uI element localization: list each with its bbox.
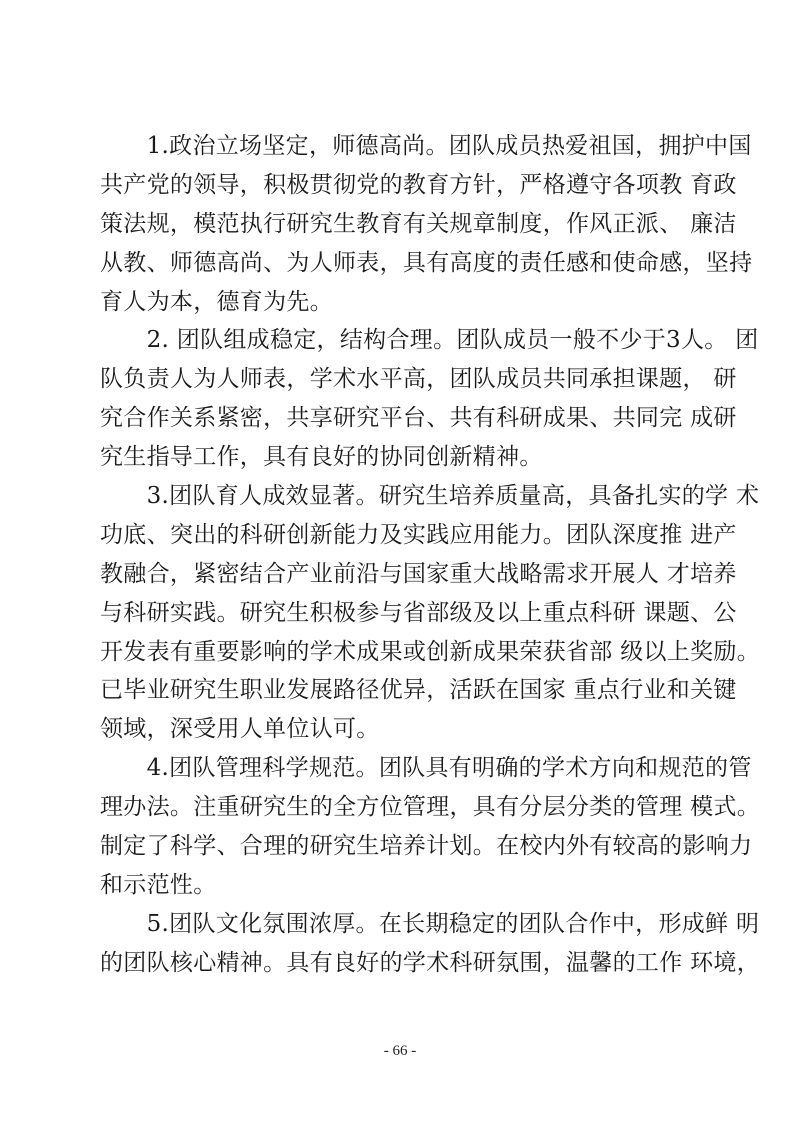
text-line: 教融合，紧密结合产业前沿与国家重大战略需求开展人 才培养	[100, 555, 702, 594]
text-line: 究合作关系紧密，共享研究平台、共有科研成果、共同完 成研	[100, 399, 702, 438]
text-line: 从教、师德高尚、为人师表，具有高度的责任感和使命感，坚持	[100, 244, 702, 283]
paragraph-4: 4.团队管理科学规范。团队具有明确的学术方向和规范的管 理办法。注重研究生的全方…	[100, 749, 702, 905]
text-line: 和示范性。	[100, 866, 702, 905]
text-line: 已毕业研究生职业发展路径优异，活跃在国家 重点行业和关键	[100, 671, 702, 710]
text-line: 1.政治立场坚定，师德高尚。团队成员热爱祖国，拥护中国	[100, 127, 702, 166]
text-line: 与科研实践。研究生积极参与省部级及以上重点科研 课题、公	[100, 594, 702, 633]
text-line: 功底、突出的科研创新能力及实践应用能力。团队深度推 进产	[100, 516, 702, 555]
body-text: 1.政治立场坚定，师德高尚。团队成员热爱祖国，拥护中国 共产党的领导，积极贯彻党…	[100, 127, 702, 983]
text-line: 领域，深受用人单位认可。	[100, 710, 702, 749]
text-line: 3.团队育人成效显著。研究生培养质量高，具备扎实的学 术	[100, 477, 702, 516]
text-line: 共产党的领导，积极贯彻党的教育方针，严格遵守各项教 育政	[100, 166, 702, 205]
text-line: 育人为本，德育为先。	[100, 283, 702, 322]
text-line: 开发表有重要影响的学术成果或创新成果荣获省部 级以上奖励。	[100, 633, 702, 672]
document-page: 1.政治立场坚定，师德高尚。团队成员热爱祖国，拥护中国 共产党的领导，积极贯彻党…	[0, 0, 800, 1131]
text-line: 队负责人为人师表，学术水平高，团队成员共同承担课题， 研	[100, 360, 702, 399]
paragraph-2: 2. 团队组成稳定，结构合理。团队成员一般不少于3人。 团 队负责人为人师表，学…	[100, 321, 702, 477]
text-line: 4.团队管理科学规范。团队具有明确的学术方向和规范的管	[100, 749, 702, 788]
page-number: - 66 -	[0, 1043, 800, 1060]
text-line: 5.团队文化氛围浓厚。在长期稳定的团队合作中，形成鲜 明	[100, 905, 702, 944]
text-line: 究生指导工作，具有良好的协同创新精神。	[100, 438, 702, 477]
text-line: 的团队核心精神。具有良好的学术科研氛围，温馨的工作 环境，	[100, 944, 702, 983]
text-line: 理办法。注重研究生的全方位管理，具有分层分类的管理 模式。	[100, 788, 702, 827]
text-line: 2. 团队组成稳定，结构合理。团队成员一般不少于3人。 团	[100, 321, 702, 360]
paragraph-5: 5.团队文化氛围浓厚。在长期稳定的团队合作中，形成鲜 明 的团队核心精神。具有良…	[100, 905, 702, 983]
text-line: 策法规，模范执行研究生教育有关规章制度，作风正派、 廉洁	[100, 205, 702, 244]
paragraph-1: 1.政治立场坚定，师德高尚。团队成员热爱祖国，拥护中国 共产党的领导，积极贯彻党…	[100, 127, 702, 321]
text-line: 制定了科学、合理的研究生培养计划。在校内外有较高的影响力	[100, 827, 702, 866]
paragraph-3: 3.团队育人成效显著。研究生培养质量高，具备扎实的学 术 功底、突出的科研创新能…	[100, 477, 702, 749]
